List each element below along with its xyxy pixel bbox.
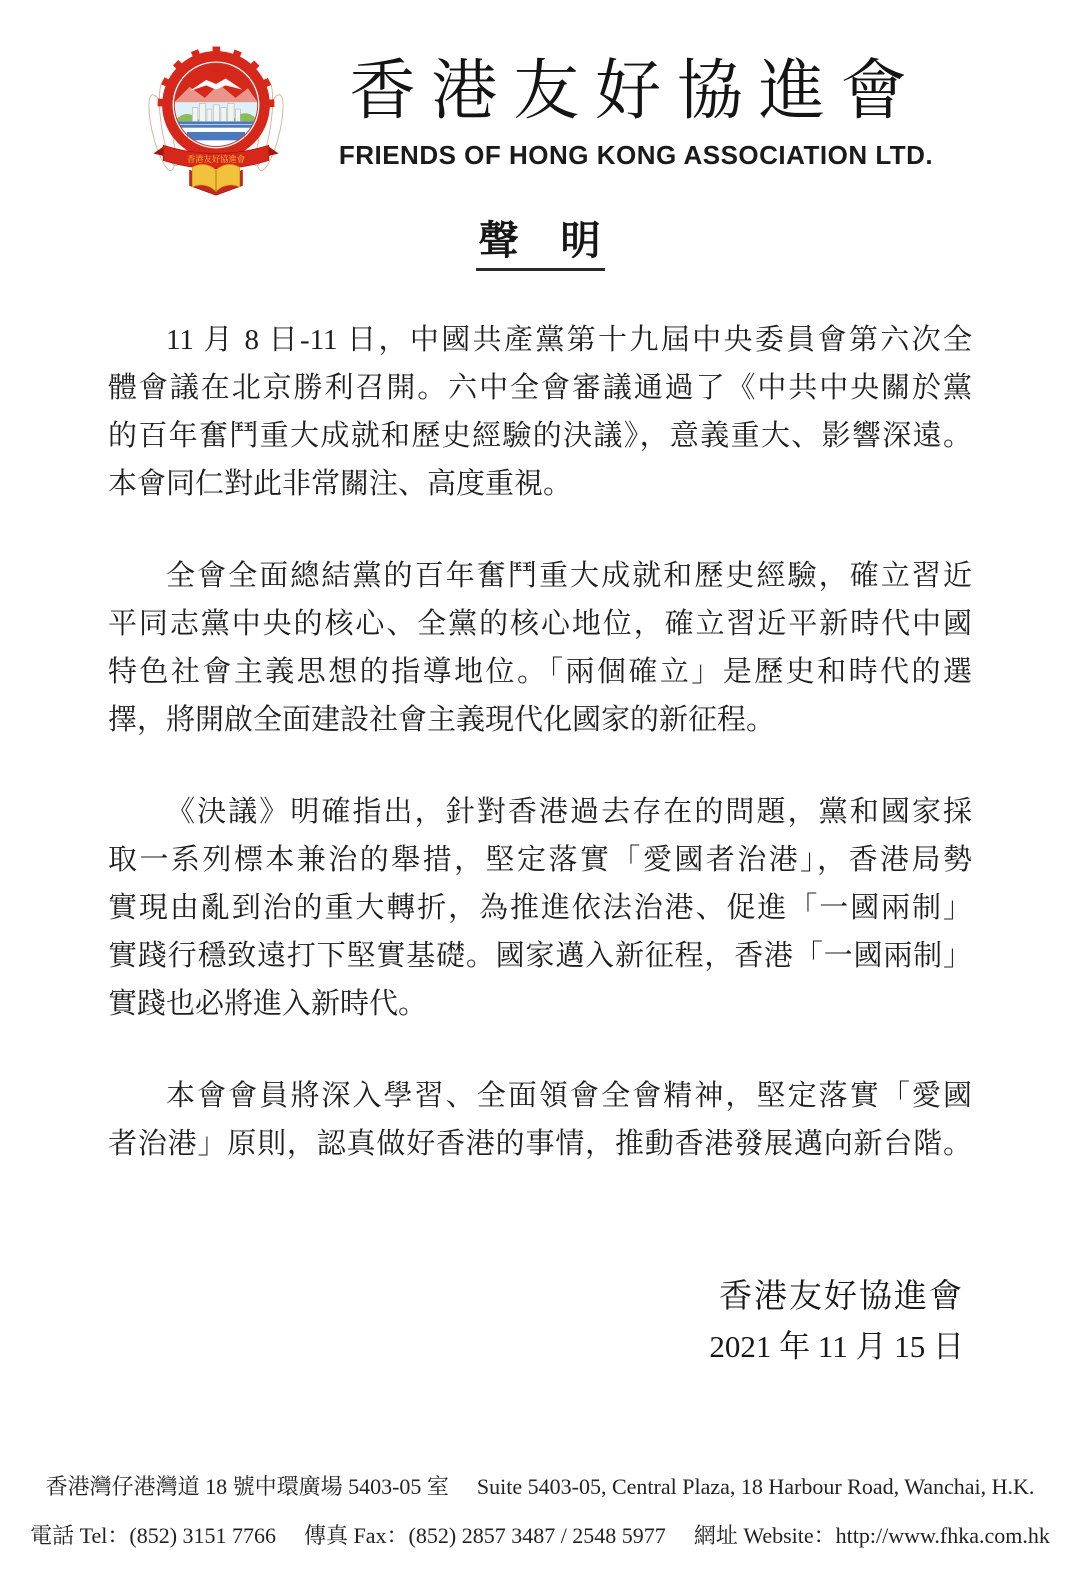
text-line: 《決議》明確指出，針對香港過去存在的問題，黨和國家採 — [108, 788, 972, 836]
signature-block: 香港友好協進會 2021 年 11 月 15 日 — [108, 1272, 972, 1372]
document-body: 11 月 8 日-11 日，中國共產黨第十九屆中央委員會第六次全 體會議在北京勝… — [108, 316, 972, 1372]
paragraph-1: 11 月 8 日-11 日，中國共產黨第十九屆中央委員會第六次全 體會議在北京勝… — [108, 316, 972, 508]
text-line: 實踐也必將進入新時代。 — [108, 980, 972, 1028]
paragraph-3: 《決議》明確指出，針對香港過去存在的問題，黨和國家採 取一系列標本兼治的舉措，堅… — [108, 788, 972, 1028]
document-page: 香港友好協進會 香港友好協進會 FRIENDS OF HONG KONG ASS… — [0, 0, 1080, 1578]
text-line: 實現由亂到治的重大轉折，為推進依法治港、促進「一國兩制」 — [108, 884, 972, 932]
title-row: 聲 明 — [0, 219, 1080, 271]
footer-tel-value: (852) 3151 7766 — [129, 1523, 276, 1548]
text-line: 全會全面總結黨的百年奮鬥重大成就和歷史經驗，確立習近 — [108, 552, 972, 600]
document-footer: 香港灣仔港灣道 18 號中環廣場 5403-05 室Suite 5403-05,… — [0, 1462, 1080, 1560]
footer-tel-label: 電話 Tel： — [30, 1523, 129, 1548]
text-line: 本會同仁對此非常關注、高度重視。 — [108, 460, 972, 508]
org-name-calligraphy: 香港友好協進會 — [300, 40, 972, 144]
text-line: 取一系列標本兼治的舉措，堅定落實「愛國者治港」，香港局勢 — [108, 836, 972, 884]
footer-address-en: Suite 5403-05, Central Plaza, 18 Harbour… — [477, 1474, 1034, 1499]
footer-contact-line: 電話 Tel：(852) 3151 7766傳真 Fax：(852) 2857 … — [0, 1511, 1080, 1560]
text-line: 特色社會主義思想的指導地位。「兩個確立」是歷史和時代的選 — [108, 648, 972, 696]
text-line: 擇，將開啟全面建設社會主義現代化國家的新征程。 — [108, 696, 972, 744]
footer-address-zh: 香港灣仔港灣道 18 號中環廣場 5403-05 室 — [46, 1474, 449, 1499]
text-line: 實踐行穩致遠打下堅實基礎。國家邁入新征程，香港「一國兩制」 — [108, 932, 972, 980]
signature-date: 2021 年 11 月 15 日 — [108, 1322, 964, 1372]
text-line: 11 月 8 日-11 日，中國共產黨第十九屆中央委員會第六次全 — [108, 316, 972, 364]
document-title: 聲 明 — [476, 219, 605, 271]
footer-fax-label: 傳真 Fax： — [304, 1523, 409, 1548]
text-line: 體會議在北京勝利召開。六中全會審議通過了《中共中央關於黨 — [108, 364, 972, 412]
association-emblem-icon: 香港友好協進會 — [146, 34, 286, 198]
text-line: 者治港」原則，認真做好香港的事情，推動香港發展邁向新台階。 — [108, 1120, 972, 1168]
footer-web-label: 網址 Website： — [694, 1523, 836, 1548]
association-emblem: 香港友好協進會 — [146, 34, 286, 198]
text-line: 平同志黨中央的核心、全黨的核心地位，確立習近平新時代中國 — [108, 600, 972, 648]
footer-address-line: 香港灣仔港灣道 18 號中環廣場 5403-05 室Suite 5403-05,… — [0, 1462, 1080, 1511]
emblem-inner-disc — [174, 63, 259, 146]
footer-fax-value: (852) 2857 3487 / 2548 5977 — [409, 1523, 666, 1548]
paragraph-2: 全會全面總結黨的百年奮鬥重大成就和歷史經驗，確立習近 平同志黨中央的核心、全黨的… — [108, 552, 972, 744]
text-line: 的百年奮鬥重大成就和歷史經驗的決議》，意義重大、影響深遠。 — [108, 412, 972, 460]
footer-web-value: http://www.fhka.com.hk — [836, 1523, 1050, 1548]
emblem-ribbon-text: 香港友好協進會 — [187, 154, 245, 164]
signature-org: 香港友好協進會 — [108, 1272, 964, 1322]
text-line: 本會會員將深入學習、全面領會全會精神，堅定落實「愛國 — [108, 1072, 972, 1120]
paragraph-4: 本會會員將深入學習、全面領會全會精神，堅定落實「愛國 者治港」原則，認真做好香港… — [108, 1072, 972, 1168]
org-name-english: FRIENDS OF HONG KONG ASSOCIATION LTD. — [300, 140, 972, 171]
